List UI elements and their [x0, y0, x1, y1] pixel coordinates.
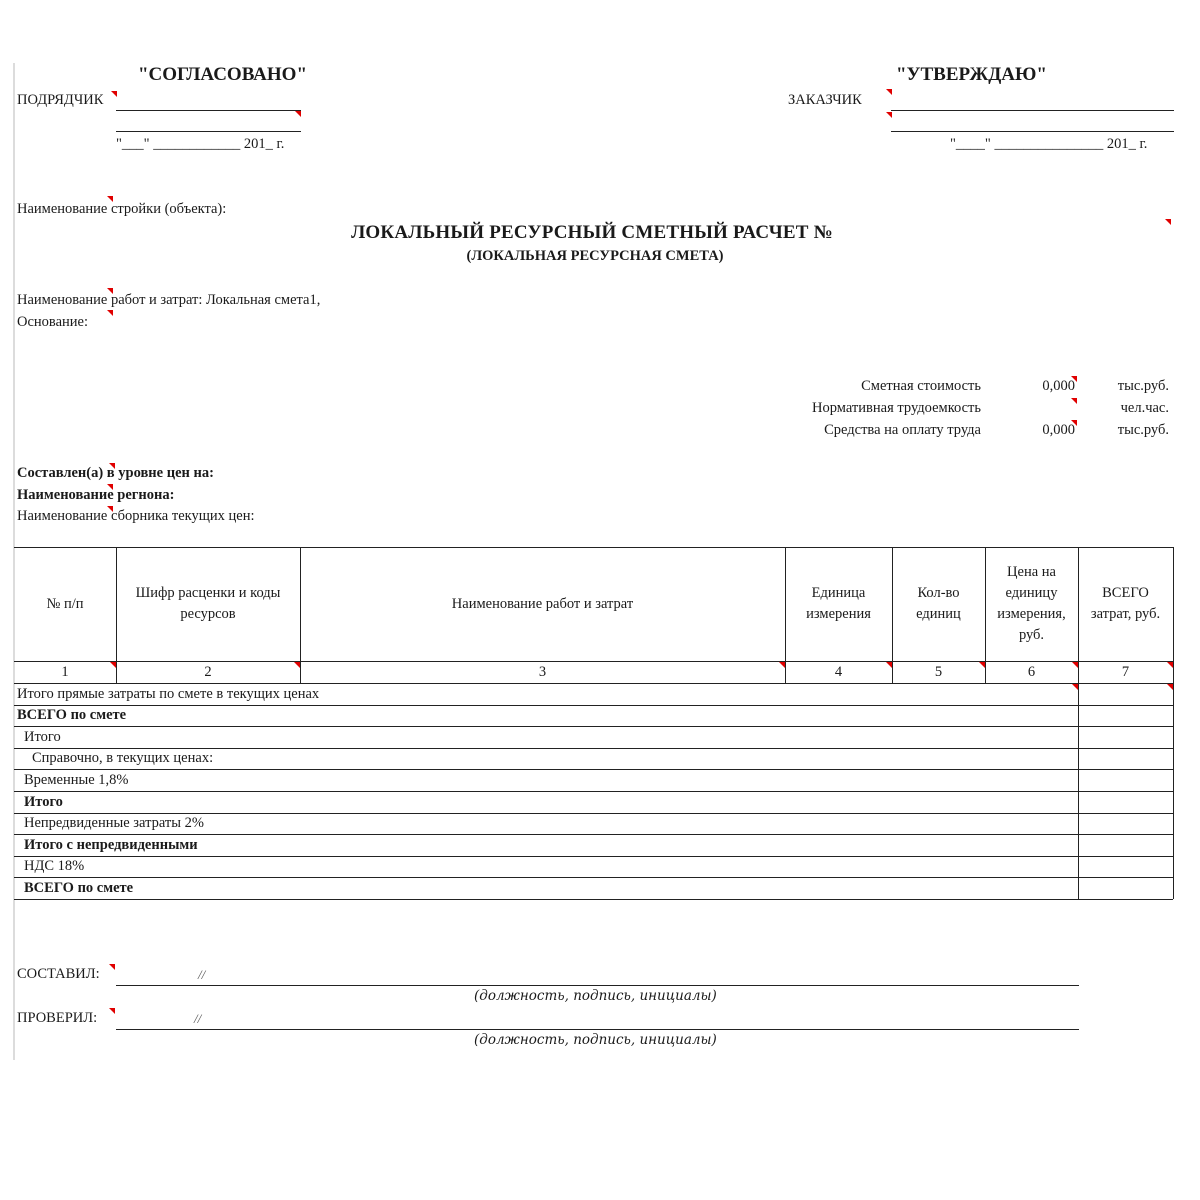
column-number: 5 — [892, 661, 985, 683]
table-row-label: Итого с непредвиденными — [24, 835, 198, 857]
customer-signature-line[interactable] — [891, 110, 1174, 111]
document-subtitle: (ЛОКАЛЬНАЯ РЕСУРСНАЯ СМЕТА) — [0, 248, 1190, 265]
date-month: ____________ — [153, 136, 240, 152]
summary-label: Нормативная трудоемкость — [812, 400, 981, 417]
customer-date: "____" _______________ 201_ г. — [950, 136, 1147, 153]
comment-marker[interactable] — [107, 288, 113, 294]
contractor-name-line[interactable] — [116, 131, 301, 132]
summary-unit: тыс.руб. — [1118, 378, 1169, 395]
column-number: 4 — [785, 661, 892, 683]
column-header: Шифр расценки и коды ресурсов — [124, 547, 292, 661]
date-day: "___" — [116, 136, 150, 152]
column-header: Цена на единицу измерения, руб. — [989, 547, 1074, 661]
comment-marker[interactable] — [109, 463, 115, 469]
column-header: Кол-во единиц — [898, 547, 979, 661]
signature-line[interactable] — [116, 985, 1079, 986]
summary-unit: тыс.руб. — [1118, 422, 1169, 439]
table-row-label: Справочно, в текущих ценах: — [32, 748, 213, 770]
contractor-date: "___" ____________ 201_ г. — [116, 136, 284, 153]
table-row-total[interactable] — [1082, 770, 1169, 792]
column-header: ВСЕГО затрат, руб. — [1084, 547, 1167, 661]
summary-label: Сметная стоимость — [861, 378, 981, 395]
table-row-total[interactable] — [1082, 727, 1169, 749]
column-border — [1078, 683, 1079, 899]
table-row-label: ВСЕГО по смете — [17, 705, 126, 727]
customer-label: ЗАКАЗЧИК — [788, 92, 862, 109]
comment-marker[interactable] — [1071, 398, 1077, 404]
signature-separator: // — [194, 1011, 201, 1027]
comment-marker[interactable] — [295, 111, 301, 117]
column-number: 6 — [985, 661, 1078, 683]
basis-label: Основание: — [17, 314, 88, 331]
comment-marker[interactable] — [886, 112, 892, 118]
sheet-left-edge — [13, 63, 15, 1060]
signature-label: СОСТАВИЛ: — [17, 966, 100, 983]
table-row-label: ВСЕГО по смете — [24, 878, 133, 900]
column-border — [1173, 683, 1174, 899]
date-month: _______________ — [994, 136, 1103, 152]
table-row-total[interactable] — [1082, 748, 1169, 770]
column-number: 2 — [116, 661, 300, 683]
table-row-total[interactable] — [1082, 856, 1169, 878]
comment-marker[interactable] — [111, 91, 117, 97]
price-collection-label: Наименование сборника текущих цен: — [17, 508, 255, 525]
comment-marker[interactable] — [107, 196, 113, 202]
row-border — [14, 791, 1173, 792]
signature-line[interactable] — [116, 1029, 1079, 1030]
approve-heading: "УТВЕРЖДАЮ" — [896, 64, 1047, 86]
summary-unit: чел.час. — [1121, 400, 1169, 417]
contractor-signature-line[interactable] — [116, 110, 301, 111]
comment-marker[interactable] — [109, 1008, 115, 1014]
table-row-label: Итого прямые затраты по смете в текущих … — [17, 684, 319, 706]
works-name: Наименование работ и затрат: Локальная с… — [17, 292, 320, 309]
column-header: Единица измерения — [791, 547, 886, 661]
table-row-label: Итого — [24, 792, 63, 814]
customer-name-line[interactable] — [891, 131, 1174, 132]
column-number: 1 — [14, 661, 116, 683]
signature-label: ПРОВЕРИЛ: — [17, 1010, 97, 1027]
signature-separator: // — [198, 967, 205, 983]
table-row-total[interactable] — [1082, 705, 1169, 727]
comment-marker[interactable] — [1072, 684, 1078, 690]
column-border — [1173, 547, 1174, 683]
comment-marker[interactable] — [1071, 376, 1077, 382]
comment-marker[interactable] — [107, 310, 113, 316]
column-header: Наименование работ и затрат — [306, 547, 779, 661]
column-number: 3 — [300, 661, 785, 683]
table-row-total[interactable] — [1082, 792, 1169, 814]
region-label: Наименование регнона: — [17, 487, 174, 504]
column-number: 7 — [1078, 661, 1173, 683]
table-row-label: Непредвиденные затраты 2% — [24, 813, 204, 835]
row-border — [14, 726, 1173, 727]
agreed-heading: "СОГЛАСОВАНО" — [138, 64, 307, 86]
table-row-label: НДС 18% — [24, 856, 84, 878]
table-row-total[interactable] — [1082, 684, 1169, 706]
comment-marker[interactable] — [109, 964, 115, 970]
comment-marker[interactable] — [107, 506, 113, 512]
date-year: 201_ г. — [1107, 136, 1148, 152]
comment-marker[interactable] — [886, 89, 892, 95]
table-row-label: Временные 1,8% — [24, 770, 129, 792]
document-title: ЛОКАЛЬНЫЙ РЕСУРСНЫЙ СМЕТНЫЙ РАСЧЕТ № — [0, 222, 1184, 244]
summary-label: Средства на оплату труда — [824, 422, 981, 439]
date-year: 201_ г. — [244, 136, 285, 152]
table-row-total[interactable] — [1082, 813, 1169, 835]
row-border — [14, 877, 1173, 878]
contractor-label: ПОДРЯДЧИК — [17, 92, 103, 109]
comment-marker[interactable] — [107, 484, 113, 490]
comment-marker[interactable] — [1071, 420, 1077, 426]
comment-marker[interactable] — [1167, 662, 1173, 668]
row-border — [14, 899, 1173, 900]
column-header: № п/п — [20, 547, 110, 661]
table-row-label: Итого — [24, 727, 61, 749]
signature-note: (должность, подпись, инициалы) — [474, 1032, 717, 1048]
date-day: "____" — [950, 136, 991, 152]
object-name-label: Наименование стройки (объекта): — [17, 201, 226, 218]
table-row-total[interactable] — [1082, 878, 1169, 900]
price-level-label: Составлен(а) в уровне цен на: — [17, 465, 214, 482]
table-row-total[interactable] — [1082, 835, 1169, 857]
signature-note: (должность, подпись, инициалы) — [474, 988, 717, 1004]
